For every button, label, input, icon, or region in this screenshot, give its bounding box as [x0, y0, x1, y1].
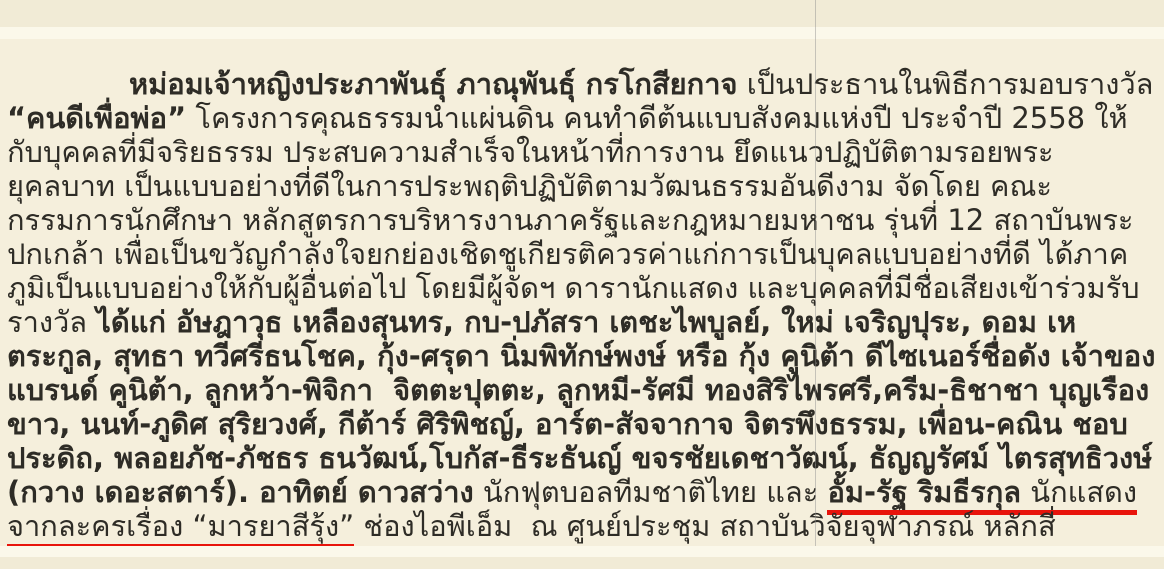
top-separator-strip [0, 27, 1164, 39]
top-band [0, 0, 1164, 27]
text-segment: เป็นประธานในพิธีการมอบรางวัล [737, 67, 1162, 101]
text-segment: หม่อมเจ้าหญิงประภาพันธุ์ ภาณุพันธุ์ กรโก… [129, 67, 737, 101]
bottom-separator-strip [0, 546, 1164, 557]
text-segment: โครงการคุณธรรมนำแผ่นดิน คนทำดีต้นแบบสังค… [7, 101, 1140, 339]
text-segment: “คนดีเพื่อพ่อ” [7, 101, 186, 135]
text-segment: นักฟุตบอลทีมชาติไทย และ [474, 475, 828, 509]
bottom-band [0, 557, 1164, 569]
vertical-divider-line [815, 0, 816, 569]
page-background: หม่อมเจ้าหญิงประภาพันธุ์ ภาณุพันธุ์ กรโก… [0, 0, 1164, 569]
article-paragraph: หม่อมเจ้าหญิงประภาพันธุ์ ภาณุพันธุ์ กรโก… [7, 67, 1157, 569]
